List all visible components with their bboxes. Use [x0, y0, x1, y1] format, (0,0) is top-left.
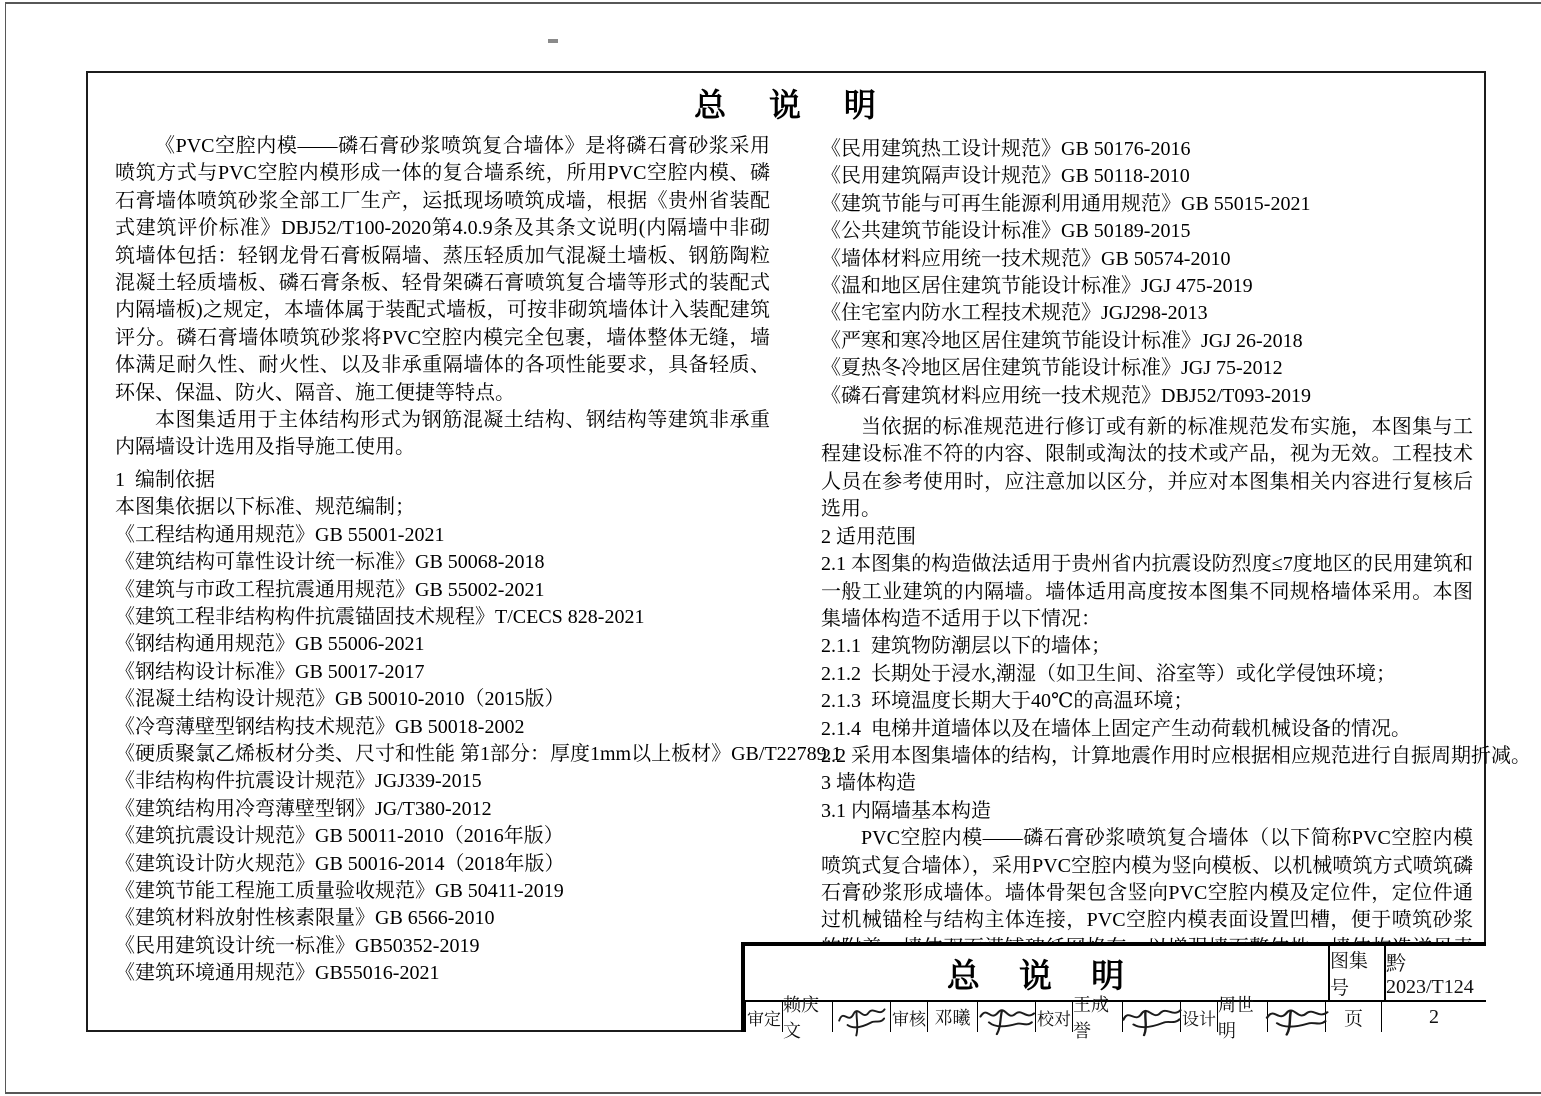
- standard-item: 《非结构构件抗震设计规范》JGJ339-2015: [115, 768, 770, 795]
- approver-name: 周世明: [1217, 1002, 1267, 1032]
- left-column: 《PVC空腔内模——磷石膏砂浆喷筑复合墙体》是将磷石膏砂浆采用喷筑方式与PVC空…: [115, 133, 770, 988]
- standard-item: 《住宅室内防水工程技术规范》JGJ298-2013: [821, 300, 1473, 327]
- standard-item: 《建筑节能与可再生能源利用通用规范》GB 55015-2021: [821, 191, 1473, 218]
- section-3-1-heading: 3.1 内隔墙基本构造: [821, 798, 1473, 825]
- handwritten-signature-icon: [974, 1000, 1039, 1033]
- revision-note-paragraph: 当依据的标准规范进行修订或有新的标准规范发布实施，本图集与工程建设标准不符的内容…: [821, 414, 1473, 524]
- approver-role-label: 审核: [890, 1002, 927, 1032]
- intro-paragraph-1: 《PVC空腔内模——磷石膏砂浆喷筑复合墙体》是将磷石膏砂浆采用喷筑方式与PVC空…: [115, 133, 770, 407]
- standard-item: 《工程结构通用规范》GB 55001-2021: [115, 522, 770, 549]
- standard-item: 《建筑材料放射性核素限量》GB 6566-2010: [115, 905, 770, 932]
- right-column: 《民用建筑热工设计规范》GB 50176-2016《民用建筑隔声设计规范》GB …: [821, 136, 1473, 990]
- intro-paragraph-2: 本图集适用于主体结构形式为钢筋混凝土结构、钢结构等建筑非承重内隔墙设计选用及指导…: [115, 407, 770, 462]
- standard-item: 《严寒和寒冷地区居住建筑节能设计标准》JGJ 26-2018: [821, 328, 1473, 355]
- clause-item: 2.1.3 环境温度长期大于40℃的高温环境；: [821, 688, 1473, 715]
- clause-2-1: 2.1 本图集的构造做法适用于贵州省内抗震设防烈度≤7度地区的民用建筑和一般工业…: [821, 551, 1473, 633]
- clause-2-2: 2.2 采用本图集墙体的结构，计算地震作用时应根据相应规范进行自振周期折减。: [821, 743, 1473, 770]
- standard-item: 《建筑与市政工程抗震通用规范》GB 55002-2021: [115, 577, 770, 604]
- page-top-dash-mark: [548, 39, 558, 43]
- approver-name: 赖庆文: [782, 1002, 832, 1032]
- standard-item: 《建筑环境通用规范》GB55016-2021: [115, 960, 770, 987]
- page-number-value: 2: [1381, 1002, 1486, 1032]
- standard-item: 《建筑结构用冷弯薄壁型钢》JG/T380-2012: [115, 796, 770, 823]
- section-1-heading: 1 编制依据: [115, 467, 770, 494]
- clause-item: 2.1.4 电梯井道墙体以及在墙体上固定产生动荷载机械设备的情况。: [821, 716, 1473, 743]
- standard-item: 《冷弯薄壁型钢结构技术规范》GB 50018-2002: [115, 714, 770, 741]
- standard-item: 《建筑设计防火规范》GB 50016-2014（2018年版）: [115, 851, 770, 878]
- standard-item: 《钢结构通用规范》GB 55006-2021: [115, 631, 770, 658]
- standard-item: 《建筑节能工程施工质量验收规范》GB 50411-2019: [115, 878, 770, 905]
- approver-name: 王成誉: [1072, 1002, 1122, 1032]
- section-3-heading: 3 墙体构造: [821, 770, 1473, 797]
- approver-name: 邓曦: [927, 1002, 977, 1032]
- standard-item: 《民用建筑隔声设计规范》GB 50118-2010: [821, 163, 1473, 190]
- standard-item: 《墙体材料应用统一技术规范》GB 50574-2010: [821, 246, 1473, 273]
- standard-item: 《建筑结构可靠性设计统一标准》GB 50068-2018: [115, 549, 770, 576]
- signature-cell: [1122, 1002, 1180, 1032]
- clause-item: 2.1.2 长期处于浸水,潮湿（如卫生间、浴室等）或化学侵蚀环境；: [821, 661, 1473, 688]
- signature-cell: [1267, 1002, 1325, 1032]
- section-1-intro: 本图集依据以下标准、规范编制；: [115, 494, 770, 521]
- standard-item: 《公共建筑节能设计标准》GB 50189-2015: [821, 218, 1473, 245]
- title-block-row-signatures: 审定 赖庆文 审核 邓曦: [745, 1002, 1486, 1032]
- standard-item: 《民用建筑设计统一标准》GB50352-2019: [115, 933, 770, 960]
- approver-role-label: 校对: [1035, 1002, 1072, 1032]
- title-block: 总 说 明 图集号 黔2023/T124 审定 赖庆文: [741, 942, 1486, 1032]
- signature-cell: [832, 1002, 890, 1032]
- atlas-number-value: 黔2023/T124: [1384, 946, 1486, 1000]
- standard-item: 《建筑抗震设计规范》GB 50011-2010（2016年版）: [115, 823, 770, 850]
- handwritten-signature-icon: [834, 1001, 890, 1033]
- standard-item: 《混凝土结构设计规范》GB 50010-2010（2015版）: [115, 686, 770, 713]
- page-title: 总 说 明: [86, 80, 1486, 126]
- standard-item: 《夏热冬冷地区居住建筑节能设计标准》JGJ 75-2012: [821, 355, 1473, 382]
- standard-item: 《温和地区居住建筑节能设计标准》JGJ 475-2019: [821, 273, 1473, 300]
- page-number-label: 页: [1325, 1002, 1381, 1032]
- handwritten-signature-icon: [1117, 1002, 1186, 1032]
- atlas-number-label: 图集号: [1328, 946, 1384, 1000]
- standard-item: 《硬质聚氯乙烯板材分类、尺寸和性能 第1部分：厚度1mm以上板材》GB/T227…: [115, 741, 770, 768]
- standard-item: 《钢结构设计标准》GB 50017-2017: [115, 659, 770, 686]
- handwritten-signature-icon: [1260, 1002, 1332, 1033]
- section-2-heading: 2 适用范围: [821, 524, 1473, 551]
- standard-item: 《磷石膏建筑材料应用统一技术规范》DBJ52/T093-2019: [821, 383, 1473, 410]
- signature-cell: [977, 1002, 1035, 1032]
- standard-item: 《建筑工程非结构构件抗震锚固技术规程》T/CECS 828-2021: [115, 604, 770, 631]
- standard-item: 《民用建筑热工设计规范》GB 50176-2016: [821, 136, 1473, 163]
- approver-role-label: 审定: [745, 1002, 782, 1032]
- clause-item: 2.1.1 建筑物防潮层以下的墙体；: [821, 633, 1473, 660]
